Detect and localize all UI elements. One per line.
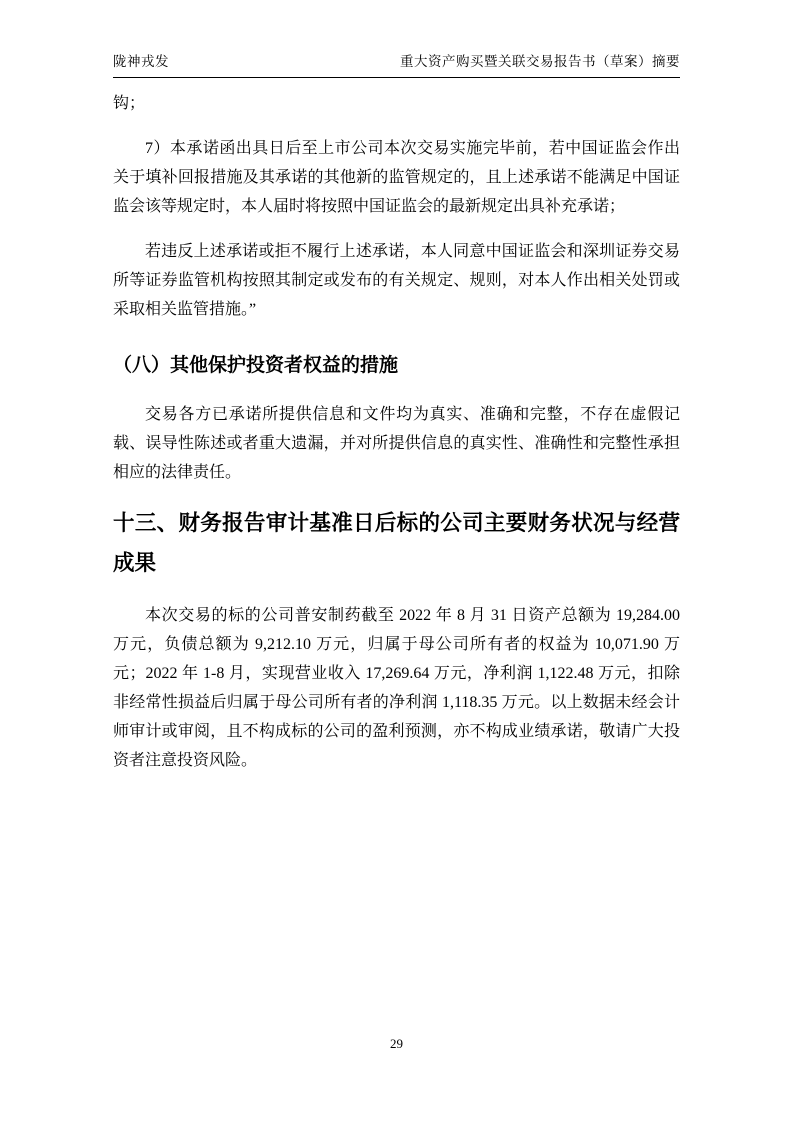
heading-section-13-financial-status: 十三、财务报告审计基准日后标的公司主要财务状况与经营成果 — [113, 503, 680, 583]
page-footer: 29 — [0, 1036, 793, 1052]
document-page: 陇神戎发 重大资产购买暨关联交易报告书（草案）摘要 钩； 7）本承诺函出具日后至… — [0, 0, 793, 1122]
header-left-title: 陇神戎发 — [113, 54, 169, 70]
paragraph-commitment-item-7: 7）本承诺函出具日后至上市公司本次交易实施完毕前，若中国证监会作出关于填补回报措… — [113, 134, 680, 221]
heading-section-8-investor-protection: （八）其他保护投资者权益的措施 — [113, 351, 680, 380]
paragraph-continuation: 钩； — [113, 89, 680, 118]
document-body: 钩； 7）本承诺函出具日后至上市公司本次交易实施完毕前，若中国证监会作出关于填补… — [113, 77, 680, 791]
paragraph-information-truthfulness: 交易各方已承诺所提供信息和文件均为真实、准确和完整，不存在虚假记载、误导性陈述或… — [113, 400, 680, 487]
header-right-title: 重大资产购买暨关联交易报告书（草案）摘要 — [400, 54, 680, 70]
paragraph-target-company-financials: 本次交易的标的公司普安制药截至 2022 年 8 月 31 日资产总额为 19,… — [113, 601, 680, 775]
page-header: 陇神戎发 重大资产购买暨关联交易报告书（草案）摘要 — [113, 54, 680, 78]
paragraph-violation-consequences: 若违反上述承诺或拒不履行上述承诺，本人同意中国证监会和深圳证券交易所等证券监管机… — [113, 237, 680, 324]
page-number: 29 — [390, 1036, 403, 1051]
